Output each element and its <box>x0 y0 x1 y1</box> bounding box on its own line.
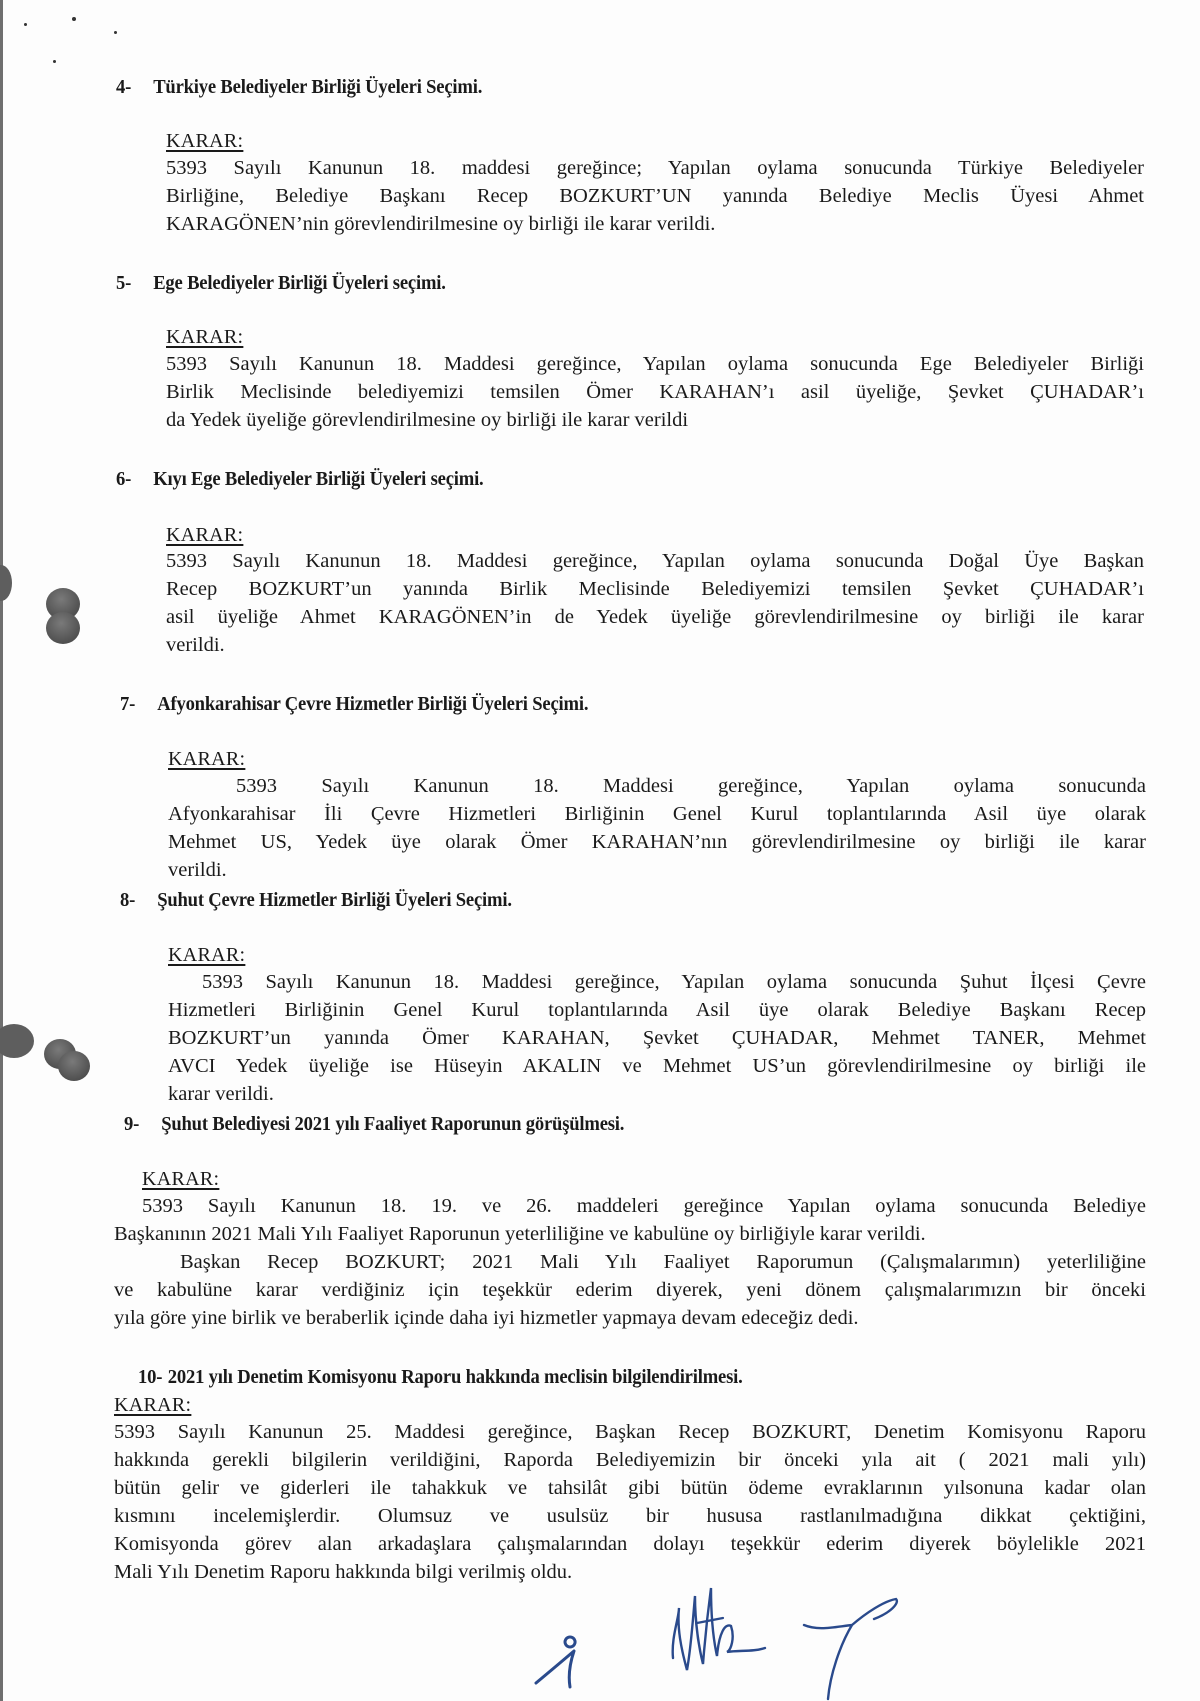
decision-line: Başkanının 2021 Mali Yılı Faaliyet Rapor… <box>114 1224 926 1245</box>
decision-line: verildi. <box>168 860 227 881</box>
scanned-document-page: 4-Türkiye Belediyeler Birliği Üyeleri Se… <box>0 0 1200 1701</box>
decision-line: kısmını incelemişlerdir. Olumsuz ve usul… <box>114 1506 1146 1527</box>
section-heading-4: 4-Türkiye Belediyeler Birliği Üyeleri Se… <box>116 76 482 99</box>
section-heading-9: 9-Şuhut Belediyesi 2021 yılı Faaliyet Ra… <box>124 1113 624 1136</box>
decision-label: KARAR: <box>168 944 245 967</box>
decision-line: Recep BOZKURT’un yanında Birlik Meclisin… <box>166 579 1144 600</box>
decision-line: 5393 Sayılı Kanunun 18. Maddesi gereğinc… <box>166 551 1144 572</box>
section-heading-8: 8-Şuhut Çevre Hizmetler Birliği Üyeleri … <box>120 889 512 912</box>
decision-line: KARAGÖNEN’nin görevlendirilmesine oy bir… <box>166 214 715 235</box>
punch-hole <box>0 1024 34 1058</box>
decision-line: Birlik Meclisinde belediyemizi temsilen … <box>166 382 1144 403</box>
section-heading-7: 7-Afyonkarahisar Çevre Hizmetler Birliği… <box>120 693 588 716</box>
scan-speck <box>72 17 76 21</box>
decision-line: 5393 Sayılı Kanunun 18. 19. ve 26. madde… <box>142 1196 1146 1217</box>
decision-line: bütün gelir ve giderleri ile tahakkuk ve… <box>114 1478 1146 1499</box>
decision-line: asil üyeliğe Ahmet KARAGÖNEN’in de Yedek… <box>166 607 1144 628</box>
decision-line: Afyonkarahisar İli Çevre Hizmetleri Birl… <box>168 804 1146 825</box>
decision-line: BOZKURT’un yanında Ömer KARAHAN, Şevket … <box>168 1028 1146 1049</box>
decision-line: karar verildi. <box>168 1084 274 1105</box>
signature-2 <box>665 1578 775 1683</box>
decision-line: verildi. <box>166 635 225 656</box>
decision-label: KARAR: <box>168 748 245 771</box>
signature-3 <box>800 1595 910 1701</box>
scan-edge <box>0 0 3 1701</box>
signature-1 <box>530 1615 590 1695</box>
decision-line: 5393 Sayılı Kanunun 18. Maddesi gereğinc… <box>202 972 1146 993</box>
section-heading-5: 5-Ege Belediyeler Birliği Üyeleri seçimi… <box>116 272 446 295</box>
decision-line: Komisyonda görev alan arkadaşlara çalışm… <box>114 1534 1146 1555</box>
decision-line: Başkan Recep BOZKURT; 2021 Mali Yılı Faa… <box>180 1252 1146 1273</box>
punch-hole <box>58 1051 90 1081</box>
scan-speck <box>114 31 117 34</box>
decision-label: KARAR: <box>166 130 243 153</box>
decision-line: Mehmet US, Yedek üye olarak Ömer KARAHAN… <box>168 832 1146 853</box>
punch-hole <box>46 612 80 644</box>
decision-line: Birliğine, Belediye Başkanı Recep BOZKUR… <box>166 186 1144 207</box>
decision-label: KARAR: <box>114 1394 191 1417</box>
decision-line: 5393 Sayılı Kanunun 18. Maddesi gereğinc… <box>166 354 1144 375</box>
decision-line: da Yedek üyeliğe görevlendirilmesine oy … <box>166 410 688 431</box>
decision-line: 5393 Sayılı Kanunun 25. Maddesi gereğinc… <box>114 1422 1146 1443</box>
decision-line: ve kabulüne karar verdiğiniz için teşekk… <box>114 1280 1146 1301</box>
section-heading-10: 10-2021 yılı Denetim Komisyonu Raporu ha… <box>138 1366 743 1389</box>
decision-label: KARAR: <box>166 326 243 349</box>
scan-speck <box>24 23 27 26</box>
scan-speck <box>53 60 56 63</box>
decision-line: 5393 Sayılı Kanunun 18. Maddesi gereğinc… <box>236 776 1146 797</box>
section-heading-6: 6-Kıyı Ege Belediyeler Birliği Üyeleri s… <box>116 468 484 491</box>
decision-line: 5393 Sayılı Kanunun 18. maddesi gereğinc… <box>166 158 1144 179</box>
decision-line: hakkında gerekli bilgilerin verildiğini,… <box>114 1450 1146 1471</box>
decision-line: AVCI Yedek üyeliğe ise Hüseyin AKALIN ve… <box>168 1056 1146 1077</box>
decision-line: yıla göre yine birlik ve beraberlik için… <box>114 1308 859 1329</box>
decision-label: KARAR: <box>142 1168 219 1191</box>
decision-line: Mali Yılı Denetim Raporu hakkında bilgi … <box>114 1562 572 1583</box>
decision-line: Hizmetleri Birliğinin Genel Kurul toplan… <box>168 1000 1146 1021</box>
decision-label: KARAR: <box>166 524 243 547</box>
punch-hole <box>0 565 12 601</box>
